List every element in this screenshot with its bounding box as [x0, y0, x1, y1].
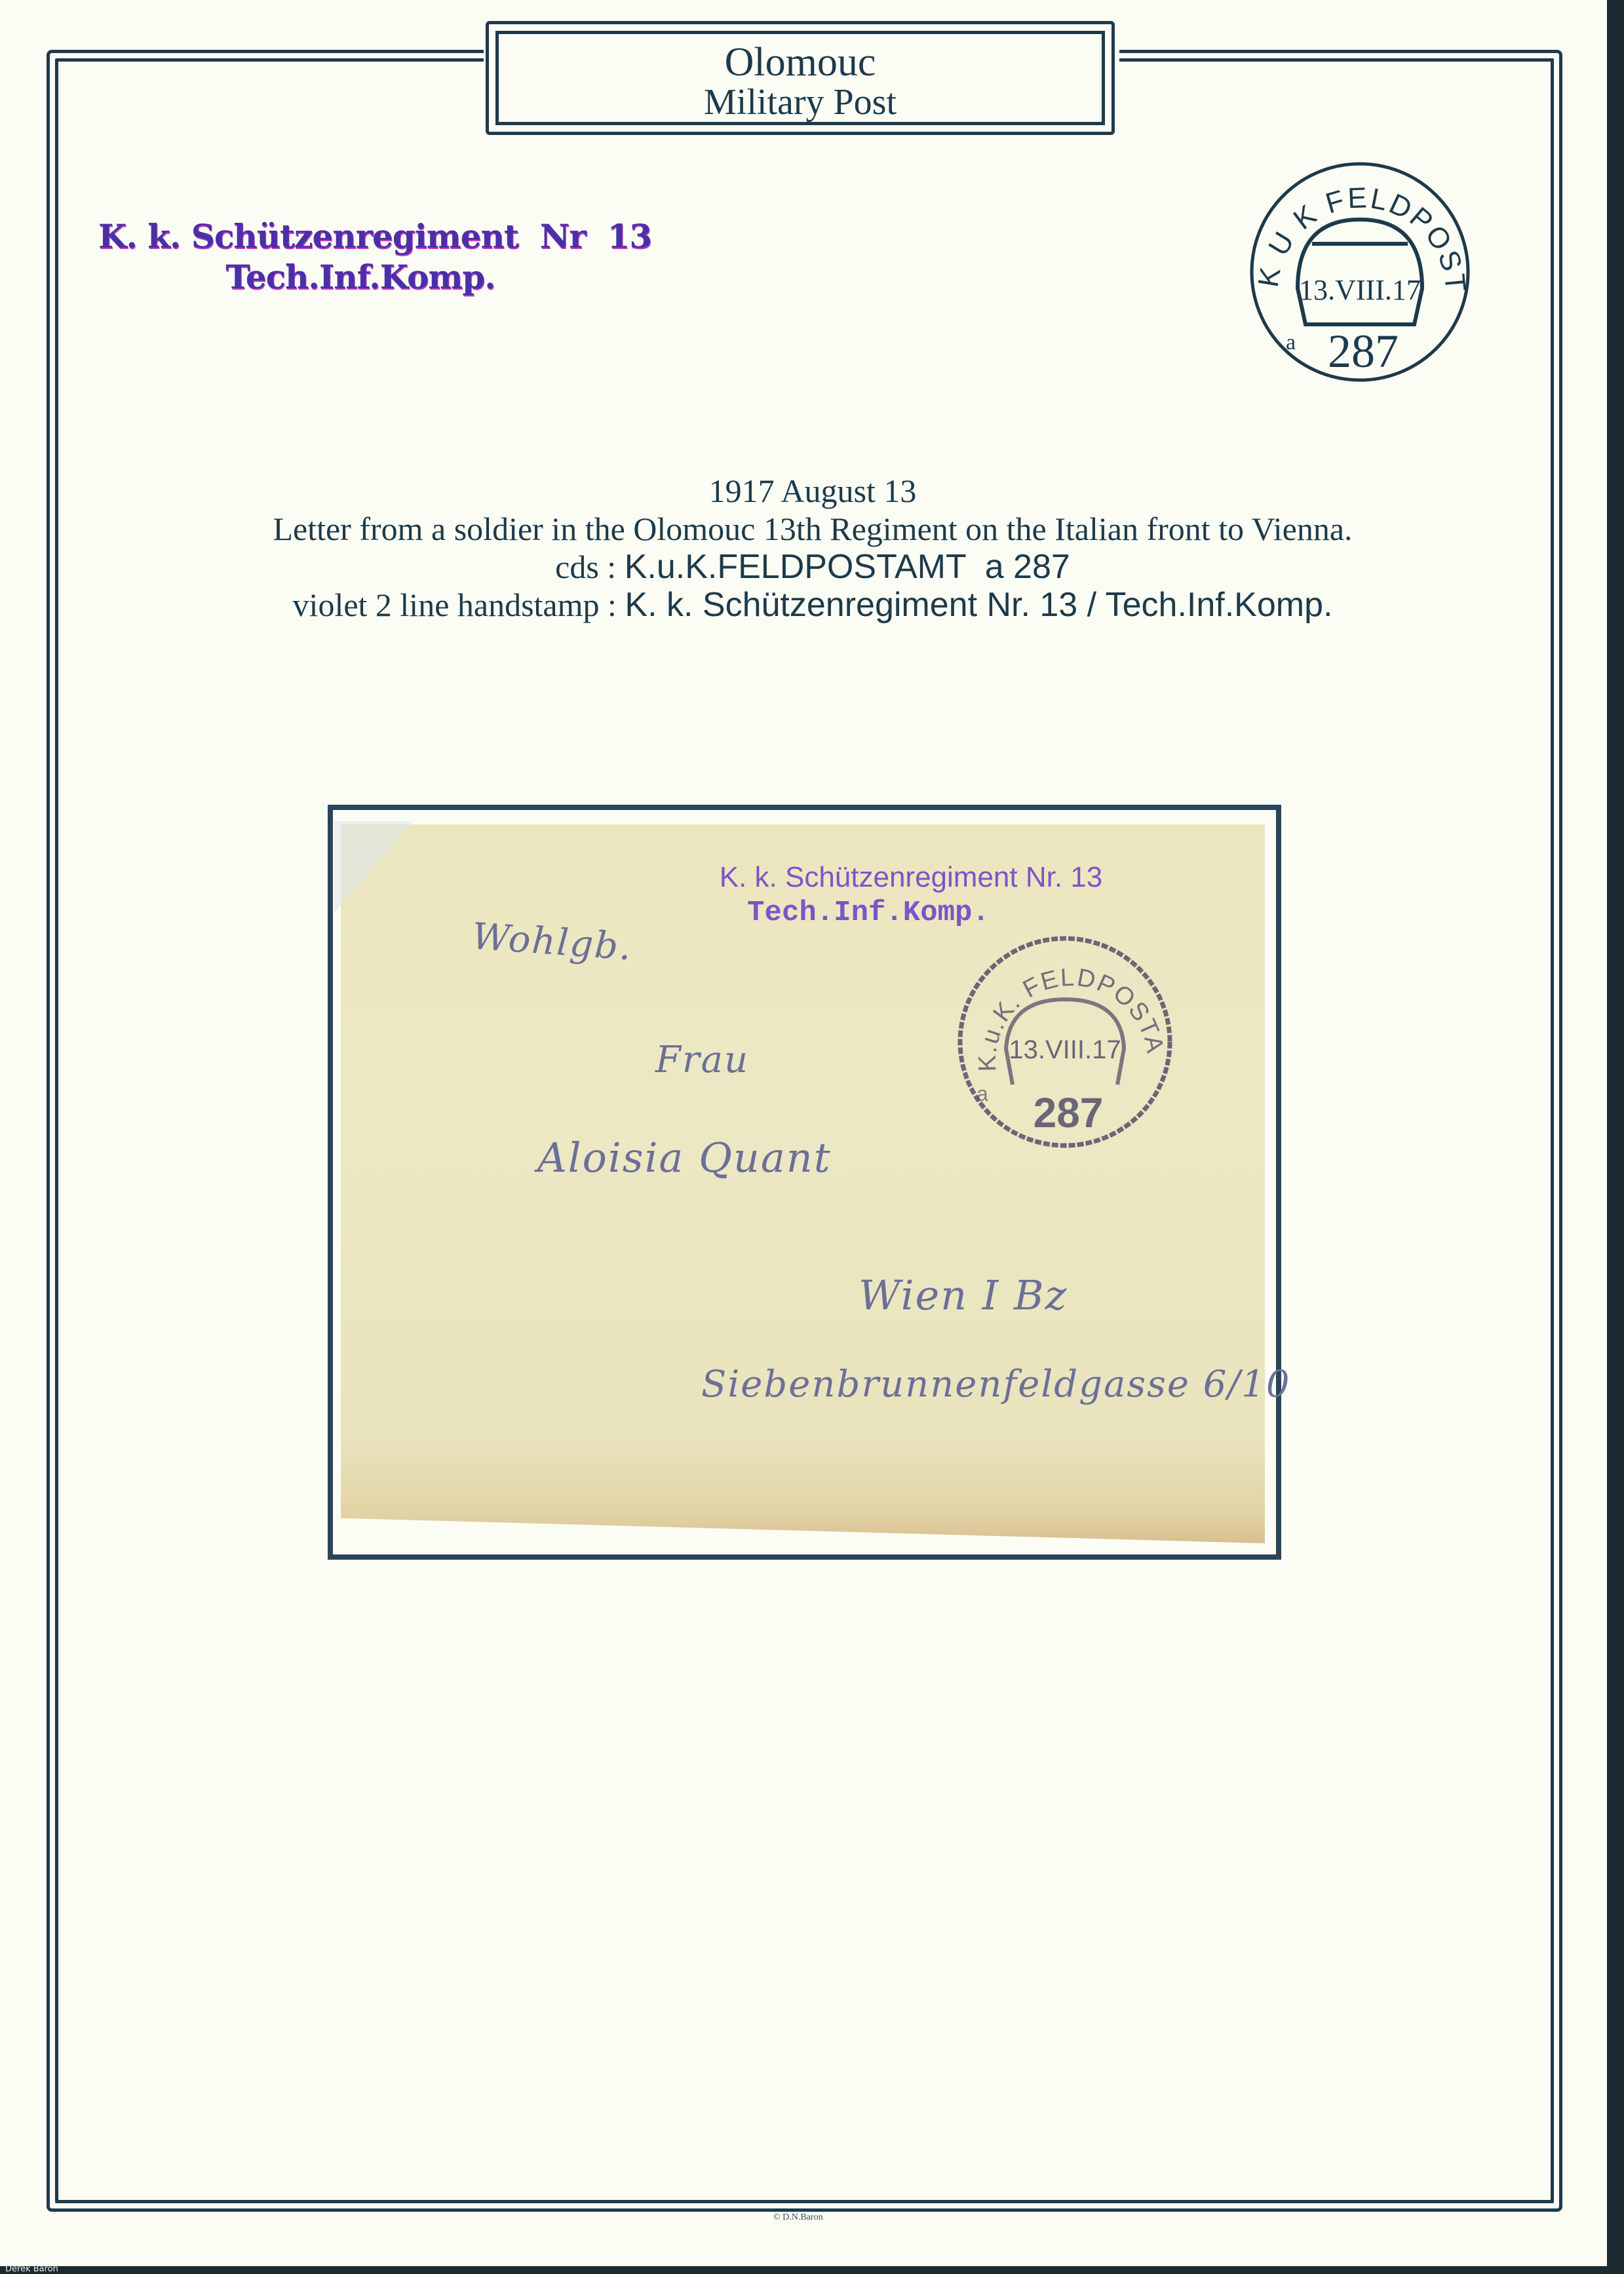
copyright: © D.N.Baron	[773, 2212, 823, 2223]
envelope-cds-postmark: K.u.K. FELDPOSTAMT 13.VIII.17 a 287	[950, 931, 1180, 1153]
description-block: 1917 August 13 Letter from a soldier in …	[98, 472, 1527, 624]
page-subtitle: Military Post	[499, 83, 1102, 122]
cds-label: cds :	[555, 549, 625, 585]
svg-text:287: 287	[1034, 1089, 1104, 1136]
handstamp-line-2: Tech.Inf.Komp.	[98, 257, 623, 298]
envelope-handstamp-line-2: Tech.Inf.Komp.	[564, 896, 1173, 929]
cds-ring-text: K U K FELDPOSTAMT	[1245, 157, 1471, 293]
address-city: Wien I Bz	[859, 1271, 1068, 1319]
cds-value: K.u.K.FELDPOSTAMT a 287	[625, 548, 1070, 586]
address-street: Siebenbrunnenfeldgasse 6/10	[701, 1363, 1291, 1406]
svg-text:a: a	[976, 1082, 988, 1106]
title-box: Olomouc Military Post	[486, 21, 1115, 135]
description-handstamp: violet 2 line handstamp : K. k. Schützen…	[98, 586, 1527, 624]
envelope-handstamp: K. k. Schützenregiment Nr. 13 Tech.Inf.K…	[649, 858, 1173, 929]
title-box-inner: Olomouc Military Post	[495, 31, 1105, 125]
page-title: Olomouc	[499, 42, 1102, 83]
cds-number: 287	[1328, 325, 1399, 377]
description-date: 1917 August 13	[98, 472, 1527, 510]
handstamp-line-1: K. k. Schützenregiment Nr 13	[98, 216, 623, 257]
handstamp-label: violet 2 line handstamp :	[293, 587, 625, 623]
address-title: Frau	[655, 1039, 749, 1081]
cds-postmark-illustration: K U K FELDPOSTAMT 13.VIII.17 a 287	[1245, 157, 1475, 387]
svg-text:13.VIII.17: 13.VIII.17	[1009, 1035, 1121, 1064]
scanner-edge-right	[1607, 0, 1624, 2274]
handstamp-illustration: K. k. Schützenregiment Nr 13 Tech.Inf.Ko…	[98, 216, 623, 298]
cds-letter: a	[1286, 330, 1296, 355]
address-name: Aloisia Quant	[537, 1134, 832, 1182]
envelope-handstamp-line-1: K. k. Schützenregiment Nr. 13	[649, 858, 1173, 896]
handstamp-value: K. k. Schützenregiment Nr. 13 / Tech.Inf…	[625, 586, 1332, 624]
description-cds: cds : K.u.K.FELDPOSTAMT a 287	[98, 548, 1527, 586]
description-summary: Letter from a soldier in the Olomouc 13t…	[98, 510, 1527, 548]
cds-date: 13.VIII.17	[1299, 274, 1421, 306]
scan-credit: Derek Baron	[5, 2264, 58, 2274]
scanner-edge-bottom	[0, 2266, 1624, 2274]
